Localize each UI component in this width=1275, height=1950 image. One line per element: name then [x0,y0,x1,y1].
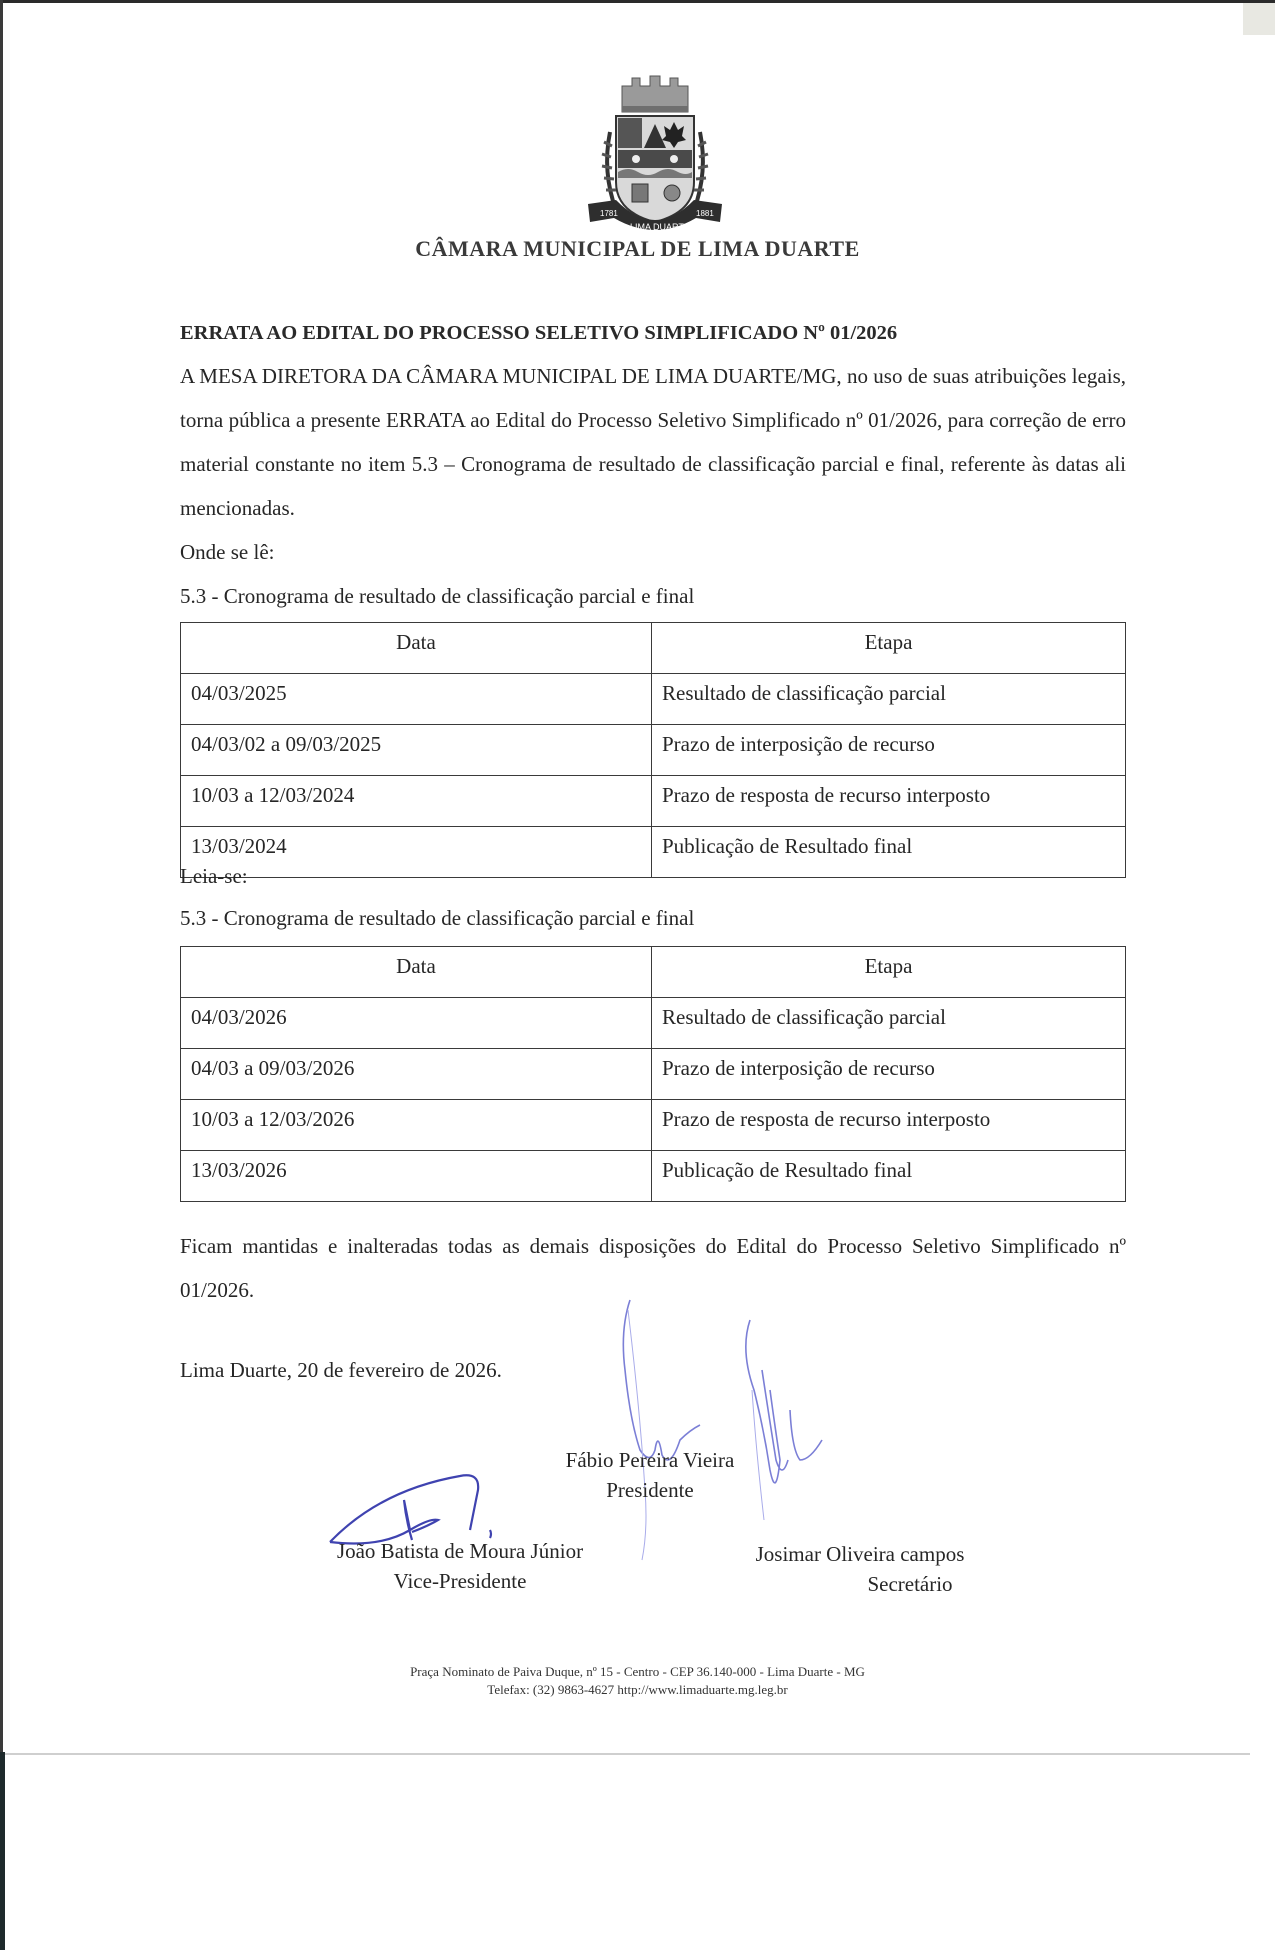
cell-etapa: Publicação de Resultado final [652,1151,1126,1202]
cell-etapa: Prazo de interposição de recurso [652,1049,1126,1100]
section-title-original: 5.3 - Cronograma de resultado de classif… [180,584,694,609]
signatory-name-president: Fábio Pereira Vieira [520,1448,780,1473]
intro-paragraph: A MESA DIRETORA DA CÂMARA MUNICIPAL DE L… [180,354,1126,530]
signatory-name-secretary: Josimar Oliveira campos [710,1542,1010,1567]
table-row: 13/03/2024 Publicação de Resultado final [181,827,1126,878]
original-schedule-table: Data Etapa 04/03/2025 Resultado de class… [180,622,1126,878]
cell-etapa: Prazo de resposta de recurso interposto [652,776,1126,827]
scan-edge-left-dark [0,1752,5,1950]
svg-text:LIMA DUARTE: LIMA DUARTE [630,222,690,232]
document-title: ERRATA AO EDITAL DO PROCESSO SELETIVO SI… [180,322,897,345]
signature-president-icon [600,1290,720,1570]
table-row: 04/03 a 09/03/2026 Prazo de interposição… [181,1049,1126,1100]
table-header-row: Data Etapa [181,947,1126,998]
municipal-coat-of-arms-icon: 1781 1881 LIMA DUARTE [582,72,728,240]
cell-data: 04/03/2026 [181,998,652,1049]
table-row: 04/03/2025 Resultado de classificação pa… [181,674,1126,725]
read-as-label: Leia-se: [180,864,248,889]
place-date: Lima Duarte, 20 de fevereiro de 2026. [180,1358,502,1383]
cell-etapa: Resultado de classificação parcial [652,674,1126,725]
scan-edge-corner [1243,3,1275,35]
section-title-corrected: 5.3 - Cronograma de resultado de classif… [180,906,694,931]
organization-title: CÂMARA MUNICIPAL DE LIMA DUARTE [0,236,1275,262]
column-header-data: Data [181,947,652,998]
cell-etapa: Resultado de classificação parcial [652,998,1126,1049]
cell-etapa: Prazo de interposição de recurso [652,725,1126,776]
cell-data: 10/03 a 12/03/2024 [181,776,652,827]
cell-data: 04/03/2025 [181,674,652,725]
signatory-role-secretary: Secretário [760,1572,1060,1597]
footer-address: Praça Nominato de Paiva Duque, nº 15 - C… [0,1664,1275,1680]
table-row: 04/03/2026 Resultado de classificação pa… [181,998,1126,1049]
signatory-role-president: Presidente [520,1478,780,1503]
column-header-data: Data [181,623,652,674]
scan-edge-top [0,0,1275,3]
cell-etapa: Prazo de resposta de recurso interposto [652,1100,1126,1151]
signatory-role-vice-president: Vice-Presidente [300,1569,620,1594]
cell-data: 13/03/2026 [181,1151,652,1202]
footer-contact: Telefax: (32) 9863-4627 http://www.limad… [0,1682,1275,1698]
cell-data: 04/03/02 a 09/03/2025 [181,725,652,776]
table-row: 04/03/02 a 09/03/2025 Prazo de interposi… [181,725,1126,776]
table-row: 10/03 a 12/03/2024 Prazo de resposta de … [181,776,1126,827]
column-header-etapa: Etapa [652,623,1126,674]
corrected-schedule-table: Data Etapa 04/03/2026 Resultado de class… [180,946,1126,1202]
signatory-name-vice-president: João Batista de Moura Júnior [300,1539,620,1564]
svg-text:1781: 1781 [600,209,618,218]
table-row: 13/03/2026 Publicação de Resultado final [181,1151,1126,1202]
cell-data: 13/03/2024 [181,827,652,878]
table-row: 10/03 a 12/03/2026 Prazo de resposta de … [181,1100,1126,1151]
column-header-etapa: Etapa [652,947,1126,998]
where-reads-label: Onde se lê: [180,540,274,565]
table-header-row: Data Etapa [181,623,1126,674]
cell-data: 10/03 a 12/03/2026 [181,1100,652,1151]
cell-etapa: Publicação de Resultado final [652,827,1126,878]
svg-text:1881: 1881 [696,209,714,218]
scan-edge-left [0,0,3,1752]
signature-vice-president-icon [320,1470,520,1550]
cell-data: 04/03 a 09/03/2026 [181,1049,652,1100]
scan-fold-line [5,1753,1250,1755]
